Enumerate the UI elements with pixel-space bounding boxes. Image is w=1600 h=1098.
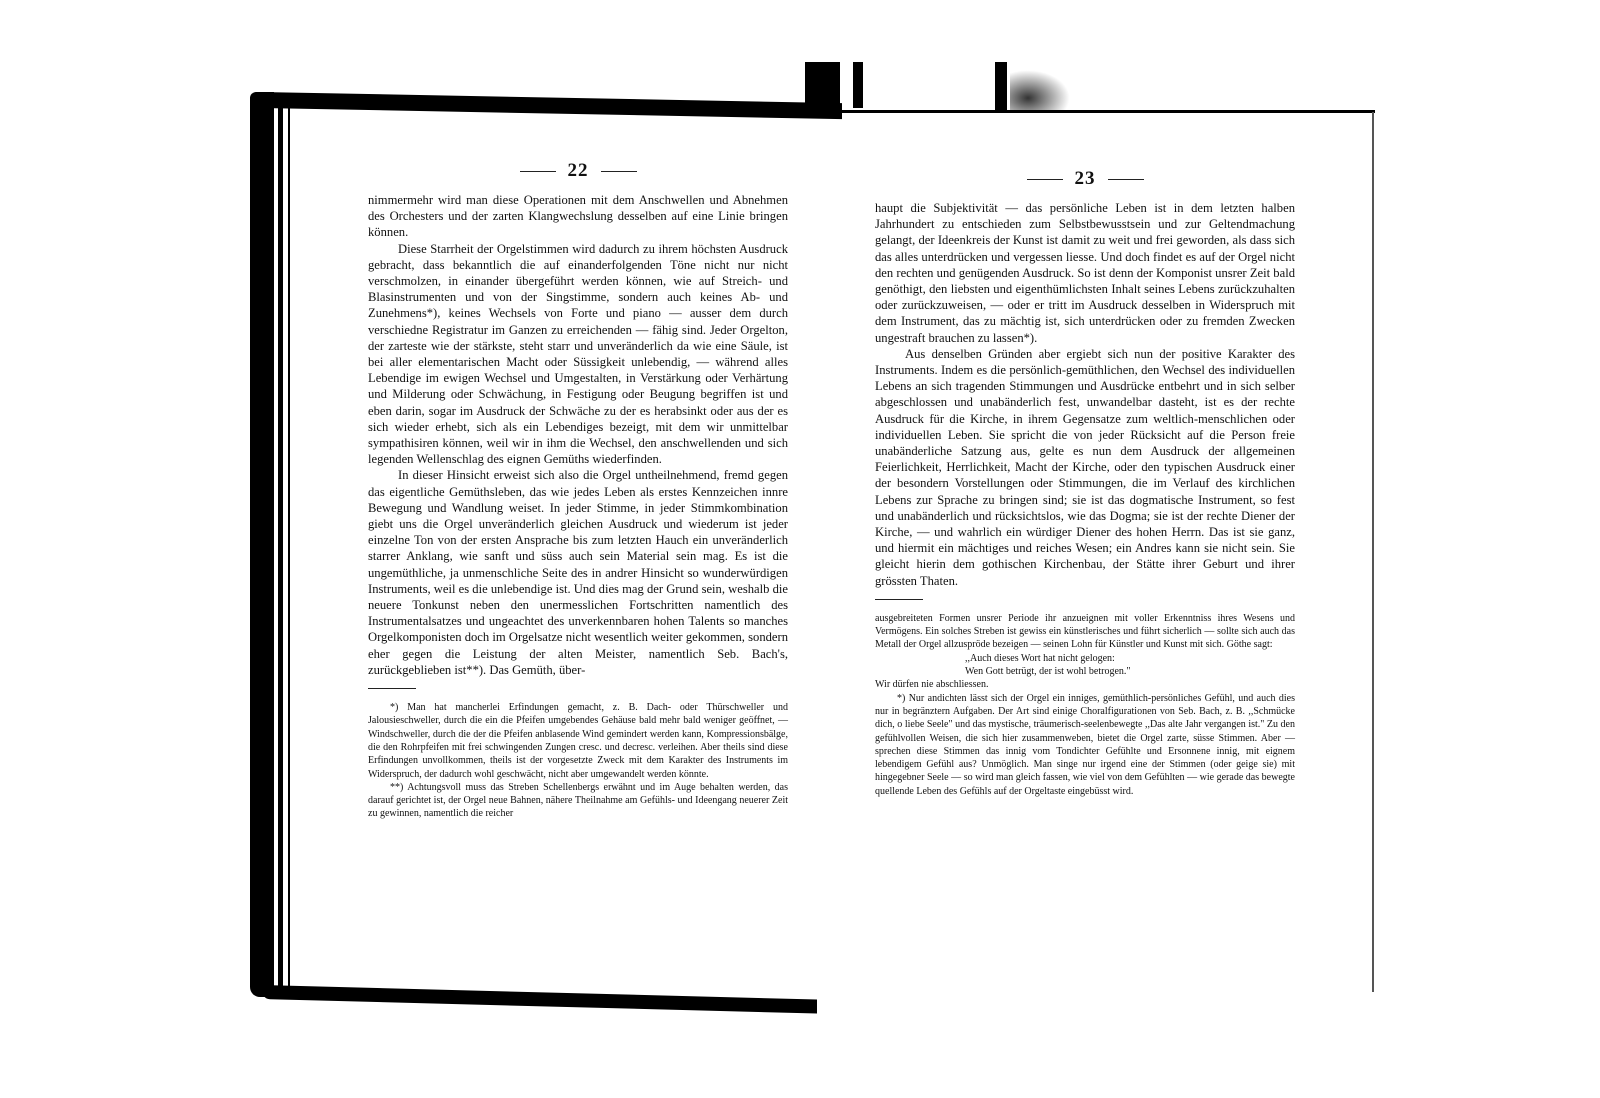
paragraph: haupt die Subjektivität — das persönlich… <box>875 200 1295 346</box>
footnote-continuation: ausgebreiteten Formen unsrer Periode ihr… <box>875 612 1295 652</box>
body-text: nimmermehr wird man diese Operationen mi… <box>368 192 788 678</box>
book-top-edge-left <box>262 92 842 119</box>
spine-shadow <box>995 62 1007 110</box>
page-number: 22 <box>368 160 788 182</box>
paragraph: Diese Starrheit der Orgelstimmen wird da… <box>368 241 788 468</box>
footnote-close: Wir dürfen nie abschliessen. <box>875 678 1295 691</box>
footnote-rule <box>368 688 416 689</box>
footnotes: ausgebreiteten Formen unsrer Periode ihr… <box>875 612 1295 798</box>
verse-line: Wen Gott betrügt, der ist wohl betrogen.… <box>875 665 1295 678</box>
spine-shadow <box>805 62 840 112</box>
paragraph: nimmermehr wird man diese Operationen mi… <box>368 192 788 241</box>
folio-dash <box>520 171 556 172</box>
footnote: **) Achtungsvoll muss das Streben Schell… <box>368 781 788 821</box>
verse-line: ,,Auch dieses Wort hat nicht gelogen: <box>875 652 1295 665</box>
folio-dash <box>1027 179 1063 180</box>
page-number: 23 <box>875 168 1295 190</box>
footnotes: *) Man hat mancherlei Erfindungen gemach… <box>368 701 788 821</box>
footnote: *) Man hat mancherlei Erfindungen gemach… <box>368 701 788 781</box>
footnote: *) Nur andichten lässt sich der Orgel ei… <box>875 692 1295 798</box>
folio-dash <box>601 171 637 172</box>
book-cover-edge-left <box>250 92 274 997</box>
book-right-edge <box>1372 112 1374 992</box>
paragraph: Aus denselben Gründen aber ergiebt sich … <box>875 346 1295 589</box>
scan-smudge <box>1010 70 1070 110</box>
book-top-edge-right <box>840 110 1375 113</box>
left-page: 22 nimmermehr wird man diese Operationen… <box>368 160 788 821</box>
spine-shadow <box>853 62 863 108</box>
book-bottom-edge-left <box>262 985 817 1014</box>
right-page: 23 haupt die Subjektivität — das persönl… <box>875 168 1295 798</box>
body-text: haupt die Subjektivität — das persönlich… <box>875 200 1295 589</box>
footnote-rule <box>875 599 923 600</box>
paragraph: In dieser Hinsicht erweist sich also die… <box>368 467 788 678</box>
page-stack-edge <box>278 100 283 988</box>
folio-dash <box>1108 179 1144 180</box>
page-stack-edge <box>288 96 290 986</box>
